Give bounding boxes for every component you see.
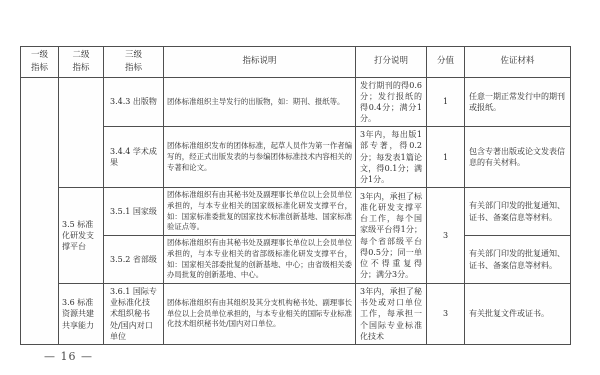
- table-row: 3.4.3 出版物 团体标准组织主导发行的出版物，如：期刊、报纸等。 发行期刊的…: [21, 77, 571, 127]
- cell-score-344: 1: [427, 127, 465, 188]
- cell-evidence-351: 有关部门印发的批复通知、证书、备案信息等材料。: [465, 188, 571, 236]
- cell-indicator3-361: 3.6.1 国际专业标准化技术组织秘书处/国内对口单位: [104, 284, 164, 345]
- cell-description-361: 团体标准组织有由其组织及其分支机构秘书处、副理事长单位以上会员单位承担的，与本专…: [164, 284, 356, 345]
- cell-indicator3-343: 3.4.3 出版物: [104, 77, 164, 127]
- cell-description-344: 团体标准组织发布的团体标准，起草人员作为第一作者编写的，经正式出版发表的与参编团…: [164, 127, 356, 188]
- table-row: 3.6 标准资源共建共享能力 3.6.1 国际专业标准化技术组织秘书处/国内对口…: [21, 284, 571, 345]
- cell-score-361: 3: [427, 284, 465, 345]
- header-indicator-level2: 二级 指标: [59, 47, 104, 78]
- header-scoring-description: 打分说明: [356, 47, 427, 78]
- header-indicator-level1: 一级 指标: [21, 47, 59, 78]
- cell-evidence-344: 包含专著出版或论文发表信息的有关材料。: [465, 127, 571, 188]
- cell-indicator3-352: 3.5.2 省部级: [104, 236, 164, 284]
- cell-score-35: 3: [427, 188, 465, 284]
- table-header-row: 一级 指标 二级 指标 三级 指标 指标说明 打分说明 分值 佐证材料: [21, 47, 571, 78]
- header-score-value: 分值: [427, 47, 465, 78]
- cell-evidence-352: 有关部门印发的批复通知、证书、备案信息等材料。: [465, 236, 571, 284]
- header-evidence-material: 佐证材料: [465, 47, 571, 78]
- cell-score-343: 1: [427, 77, 465, 127]
- cell-evidence-361: 有关批复文件或证书。: [465, 284, 571, 345]
- cell-scoring-343: 发行期刊的得0.6分；发行报纸的得0.4分；满分1分。: [356, 77, 427, 127]
- cell-indicator2-empty: [59, 77, 104, 188]
- cell-scoring-361: 3年内，承担了秘书处或对口单位工作，每承担一个国际专业标准化技术: [356, 284, 427, 345]
- page-number: — 16 —: [44, 350, 93, 363]
- cell-scoring-35: 3年内，承担了标准化研发支撑平台工作，每个国家级平台得1分；每个省部级平台得0.…: [356, 188, 427, 284]
- header-indicator-level3: 三级 指标: [104, 47, 164, 78]
- cell-indicator2-36: 3.6 标准资源共建共享能力: [59, 284, 104, 345]
- table-row: 3.4.4 学术成果 团体标准组织发布的团体标准，起草人员作为第一作者编写的，经…: [21, 127, 571, 188]
- table-row: 3.5 标准化研发支撑平台 3.5.1 国家级 团体标准组织有由其秘书处及副理事…: [21, 188, 571, 236]
- cell-scoring-344: 3年内，每出版1部专著，得0.2分；每发表1篇论文，得0.1分；满分1分。: [356, 127, 427, 188]
- cell-description-352: 团体标准组织有由其秘书处及副理事长单位以上会员单位承担的，与本专业相关的省部级标…: [164, 236, 356, 284]
- evaluation-table: 一级 指标 二级 指标 三级 指标 指标说明 打分说明 分值 佐证材料 3.4.…: [20, 46, 571, 345]
- cell-evidence-343: 任意一期正常发行中的期刊或报纸。: [465, 77, 571, 127]
- table-row: 3.5.2 省部级 团体标准组织有由其秘书处及副理事长单位以上会员单位承担的，与…: [21, 236, 571, 284]
- cell-indicator3-351: 3.5.1 国家级: [104, 188, 164, 236]
- cell-indicator3-344: 3.4.4 学术成果: [104, 127, 164, 188]
- cell-indicator2-35: 3.5 标准化研发支撑平台: [59, 188, 104, 284]
- cell-description-351: 团体标准组织有由其秘书处及副理事长单位以上会员单位承担的，与本专业相关的国家级标…: [164, 188, 356, 236]
- cell-description-343: 团体标准组织主导发行的出版物，如：期刊、报纸等。: [164, 77, 356, 127]
- cell-indicator1-empty: [21, 77, 59, 345]
- document-page: 一级 指标 二级 指标 三级 指标 指标说明 打分说明 分值 佐证材料 3.4.…: [0, 0, 600, 375]
- header-indicator-description: 指标说明: [164, 47, 356, 78]
